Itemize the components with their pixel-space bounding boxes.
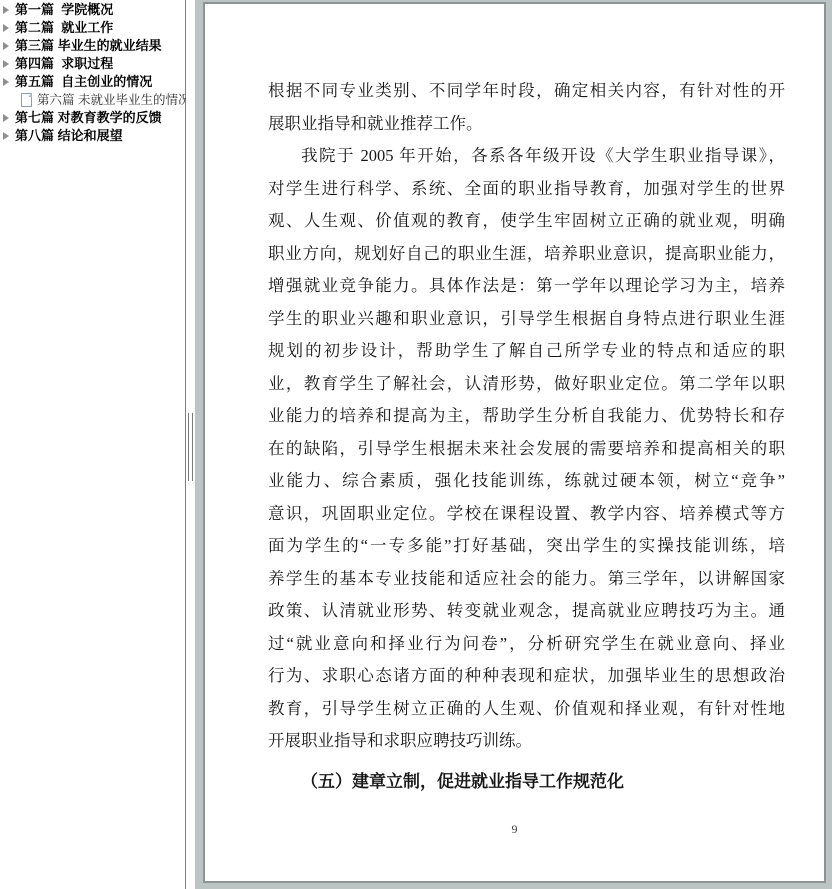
bookmark-item-chapter7[interactable]: 第七篇 对教育教学的反馈 xyxy=(0,109,185,127)
splitter-handle-icon[interactable] xyxy=(188,413,193,481)
bookmarks-panel: 第一篇 学院概况 第二篇 就业工作 第三篇 毕业生的就业结果 第四篇 求职过程 … xyxy=(0,0,186,889)
body-line: 职业方向，规划好自己的职业生涯，培养职业意识，提高职业能力， xyxy=(268,238,785,271)
body-line: 养学生的基本专业技能和适应社会的能力。第三学年，以讲解国家 xyxy=(268,563,785,596)
page-icon xyxy=(21,93,32,107)
body-line: 根据不同专业类别、不同学年时段，确定相关内容，有针对性的开 xyxy=(268,75,785,108)
bookmark-label: 第六篇 未就业毕业生的情况 xyxy=(37,91,190,109)
body-line: 教育，引导学生树立正确的人生观、价值观和择业观，有针对性地 xyxy=(268,693,785,726)
bookmark-item-chapter3[interactable]: 第三篇 毕业生的就业结果 xyxy=(0,37,185,55)
expand-triangle-icon[interactable] xyxy=(3,42,9,50)
body-line: 增强就业竞争能力。具体作法是：第一学年以理论学习为主，培养 xyxy=(268,270,785,303)
bookmark-item-chapter2[interactable]: 第二篇 就业工作 xyxy=(0,19,185,37)
bookmark-tree: 第一篇 学院概况 第二篇 就业工作 第三篇 毕业生的就业结果 第四篇 求职过程 … xyxy=(0,0,185,145)
body-line: 学生的职业兴趣和职业意识，引导学生根据自身特点进行职业生涯 xyxy=(268,303,785,336)
bookmark-item-chapter6[interactable]: 第六篇 未就业毕业生的情况 xyxy=(0,91,185,109)
bookmark-item-chapter5[interactable]: 第五篇 自主创业的情况 xyxy=(0,73,185,91)
body-line: 我院于 2005 年开始，各系各年级开设《大学生职业指导课》， xyxy=(268,140,785,173)
pdf-reader-window: 第一篇 学院概况 第二篇 就业工作 第三篇 毕业生的就业结果 第四篇 求职过程 … xyxy=(0,0,832,889)
body-line: 政策、认清就业形势、转变就业观念，提高就业应聘技巧为主。通 xyxy=(268,595,785,628)
body-line: 行为、求职心态诸方面的种种表现和症状，加强毕业生的思想政治 xyxy=(268,660,785,693)
bookmark-label: 第一篇 学院概况 xyxy=(15,1,113,19)
body-line: 对学生进行科学、系统、全面的职业指导教育，加强对学生的世界 xyxy=(268,173,785,206)
page-number: 9 xyxy=(205,822,824,837)
body-line: 业能力的培养和提高为主，帮助学生分析自我能力、优势特长和存 xyxy=(268,400,785,433)
bookmark-label: 第二篇 就业工作 xyxy=(15,19,113,37)
expand-triangle-icon[interactable] xyxy=(3,6,9,14)
expand-triangle-icon[interactable] xyxy=(3,24,9,32)
section-heading: （五）建章立制，促进就业指导工作规范化 xyxy=(268,766,785,799)
bookmark-item-chapter1[interactable]: 第一篇 学院概况 xyxy=(0,1,185,19)
body-line: 展职业指导和就业推荐工作。 xyxy=(268,108,785,141)
body-line: 业能力、综合素质，强化技能训练，练就过硬本领，树立“竞争” xyxy=(268,465,785,498)
panel-splitter[interactable] xyxy=(186,0,195,889)
expand-triangle-icon[interactable] xyxy=(3,60,9,68)
document-viewport[interactable]: 根据不同专业类别、不同学年时段，确定相关内容，有针对性的开 展职业指导和就业推荐… xyxy=(195,0,832,889)
body-line: 过“就业意向和择业行为问卷”，分析研究学生在就业意向、择业 xyxy=(268,628,785,661)
document-page: 根据不同专业类别、不同学年时段，确定相关内容，有针对性的开 展职业指导和就业推荐… xyxy=(203,2,826,883)
bookmark-label: 第七篇 对教育教学的反馈 xyxy=(15,109,162,127)
bookmark-item-chapter8[interactable]: 第八篇 结论和展望 xyxy=(0,127,185,145)
body-line: 意识，巩固职业定位。学校在课程设置、教学内容、培养模式等方 xyxy=(268,498,785,531)
expand-triangle-icon[interactable] xyxy=(3,78,9,86)
bookmark-label: 第五篇 自主创业的情况 xyxy=(15,73,152,91)
expand-triangle-icon[interactable] xyxy=(3,114,9,122)
bookmark-item-chapter4[interactable]: 第四篇 求职过程 xyxy=(0,55,185,73)
bookmark-label: 第八篇 结论和展望 xyxy=(15,127,123,145)
bookmark-label: 第三篇 毕业生的就业结果 xyxy=(15,37,162,55)
bookmark-label: 第四篇 求职过程 xyxy=(15,55,113,73)
body-line: 面为学生的“一专多能”打好基础，突出学生的实操技能训练，培 xyxy=(268,530,785,563)
body-line: 规划的初步设计，帮助学生了解自己所学专业的特点和适应的职 xyxy=(268,335,785,368)
body-line: 观、人生观、价值观的教育，使学生牢固树立正确的就业观，明确 xyxy=(268,205,785,238)
body-line: 业，教育学生了解社会，认清形势，做好职业定位。第二学年以职 xyxy=(268,368,785,401)
expand-triangle-icon[interactable] xyxy=(3,132,9,140)
body-line: 开展职业指导和求职应聘技巧训练。 xyxy=(268,725,785,758)
body-line: 在的缺陷，引导学生根据未来社会发展的需要培养和提高相关的职 xyxy=(268,433,785,466)
